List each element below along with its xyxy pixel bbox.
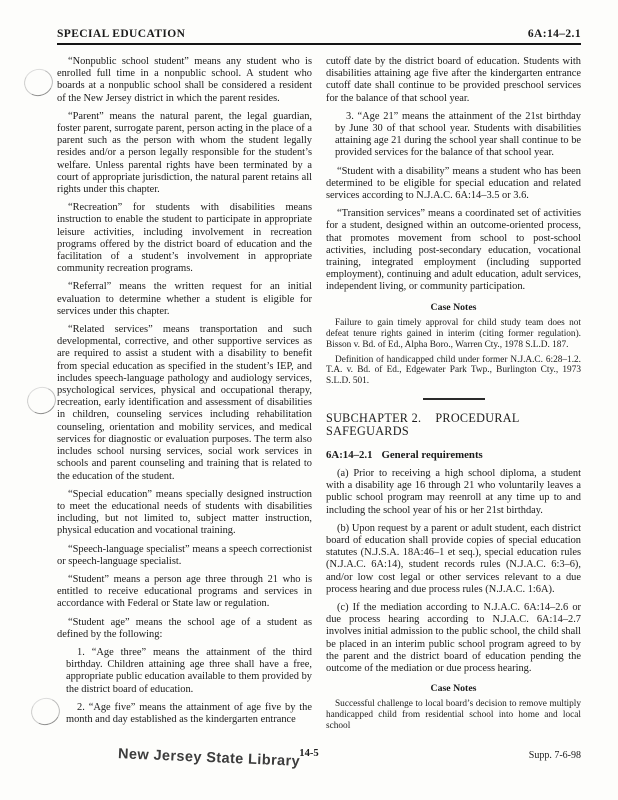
- supplement-date: Supp. 7-6-98: [529, 750, 581, 761]
- hole-punch-mark: [21, 65, 57, 100]
- case-note: Definition of handicapped child under fo…: [326, 355, 581, 388]
- document-page: SPECIAL EDUCATION 6A:14–2.1 “Nonpublic s…: [0, 0, 618, 800]
- section-number: 6A:14–2.1: [326, 449, 372, 461]
- case-notes-heading: Case Notes: [326, 302, 581, 314]
- definition-paragraph: “Speech-language specialist” means a spe…: [57, 544, 312, 568]
- page-number: 14-5: [0, 748, 618, 759]
- definition-paragraph: “Special education” means specially desi…: [57, 489, 312, 538]
- subchapter-heading: SUBCHAPTER 2.PROCEDURAL SAFEGUARDS: [326, 412, 581, 436]
- definition-paragraph: “Student age” means the school age of a …: [57, 617, 312, 641]
- numbered-item: 2. “Age five” means the attainment of ag…: [66, 702, 312, 726]
- definition-paragraph: “Parent” means the natural parent, the l…: [57, 111, 312, 196]
- definition-paragraph: “Recreation” for students with disabilit…: [57, 202, 312, 275]
- header-code: 6A:14–2.1: [528, 28, 581, 40]
- section-divider: [423, 398, 485, 400]
- section-title: General requirements: [381, 449, 482, 461]
- definition-paragraph: “Referral” means the written request for…: [57, 281, 312, 318]
- hole-punch-mark: [24, 383, 60, 418]
- left-column: “Nonpublic school student” means any stu…: [57, 56, 312, 736]
- right-column: cutoff date by the district board of edu…: [326, 56, 581, 736]
- definition-paragraph: “Related services” means transportation …: [57, 324, 312, 483]
- case-note: Successful challenge to local board’s de…: [326, 699, 581, 732]
- case-note: Failure to gain timely approval for chil…: [326, 318, 581, 351]
- page-header: SPECIAL EDUCATION 6A:14–2.1: [57, 28, 581, 45]
- section-heading: 6A:14–2.1General requirements: [326, 449, 581, 461]
- body-paragraph: (a) Prior to receiving a high school dip…: [326, 468, 581, 517]
- header-section-title: SPECIAL EDUCATION: [57, 28, 185, 40]
- case-notes-heading: Case Notes: [326, 683, 581, 695]
- numbered-item: 3. “Age 21” means the attainment of the …: [335, 111, 581, 160]
- two-column-body: “Nonpublic school student” means any stu…: [57, 56, 581, 736]
- continuation-paragraph: cutoff date by the district board of edu…: [326, 56, 581, 105]
- definition-paragraph: “Student with a disability” means a stud…: [326, 166, 581, 203]
- numbered-item: 1. “Age three” means the attainment of t…: [66, 647, 312, 696]
- definition-paragraph: “Nonpublic school student” means any stu…: [57, 56, 312, 105]
- body-paragraph: (c) If the mediation according to N.J.A.…: [326, 602, 581, 675]
- body-paragraph: (b) Upon request by a parent or adult st…: [326, 523, 581, 596]
- definition-paragraph: “Transition services” means a coordinate…: [326, 208, 581, 293]
- definition-paragraph: “Student” means a person age three throu…: [57, 574, 312, 611]
